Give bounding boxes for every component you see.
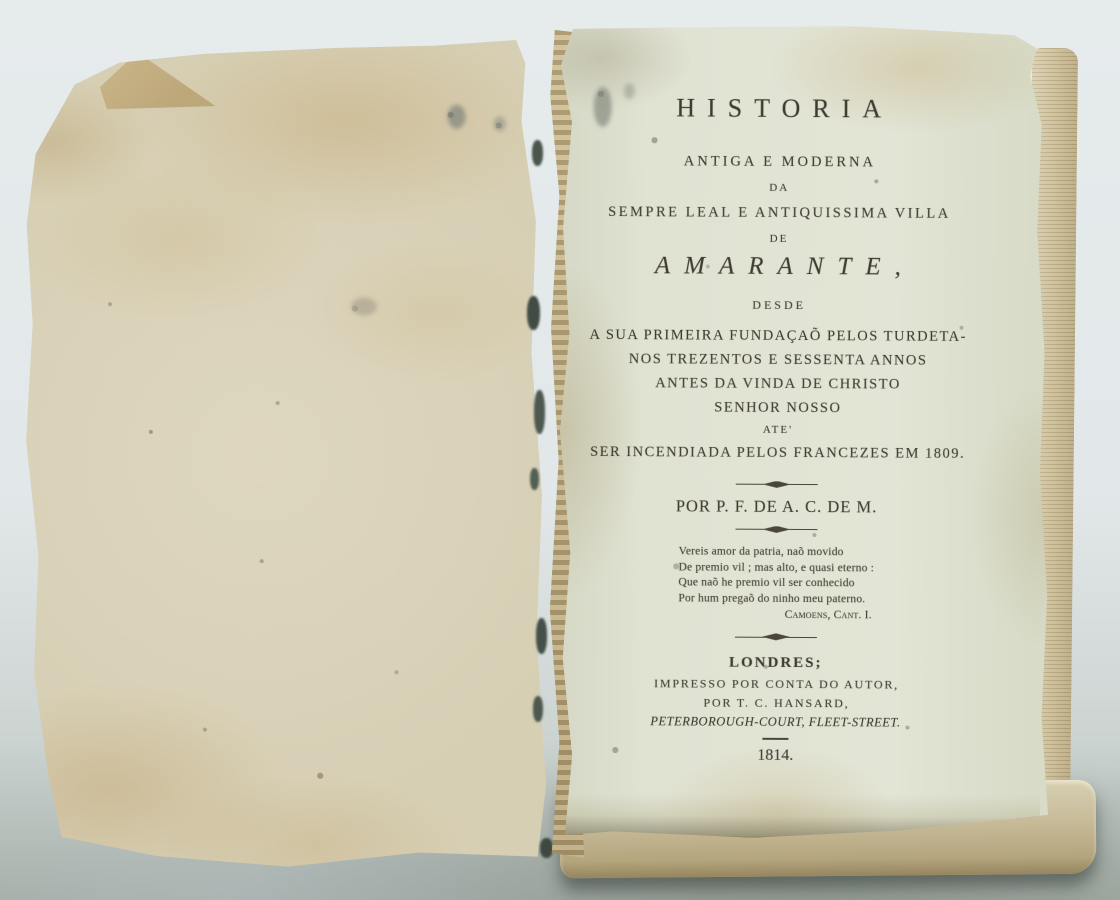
title-page: HISTORIA ANTIGA E MODERNA DA SEMPRE LEAL… — [554, 25, 1054, 840]
binding-remnant — [534, 390, 545, 434]
binding-remnant — [540, 838, 553, 858]
spindle-rule-ornament — [735, 526, 817, 533]
body-line: NOS TREZENTOS E SESSENTA ANNOS — [556, 351, 998, 370]
printed-text-block: HISTORIA ANTIGA E MODERNA DA SEMPRE LEAL… — [554, 25, 1000, 766]
binding-remnant — [536, 618, 547, 654]
foxing-specks — [19, 42, 21, 44]
subtitle-line: SEMPRE LEAL E ANTIQUISSIMA VILLA — [557, 204, 999, 223]
left-blank-page — [19, 38, 551, 872]
author-line: POR P. F. DE A. C. DE M. — [556, 496, 998, 518]
folded-corner — [97, 50, 215, 109]
imprint-line: POR T. C. HANSARD, — [555, 694, 997, 711]
epigraph-verse: Vereis amor da patria, naõ movido De pre… — [678, 544, 874, 624]
foxing-specks — [558, 25, 560, 27]
imprint-line: IMPRESSO POR CONTA DO AUTOR, — [555, 675, 997, 692]
desde-line: DESDE — [557, 297, 999, 314]
body-line: SENHOR NOSSO — [556, 399, 998, 418]
book-title: HISTORIA — [558, 93, 1000, 125]
binding-remnant — [533, 696, 543, 722]
verse-line: De premio vil ; mas alto, e quasi eterno… — [678, 560, 874, 577]
spindle-rule-ornament — [736, 481, 818, 488]
place-name: AMARANTE, — [557, 252, 999, 282]
spindle-rule-ornament — [735, 633, 817, 640]
subtitle-line: DA — [557, 181, 999, 195]
graphite-smudge — [494, 116, 506, 131]
verse-attribution: Camoens, Cant. I. — [678, 607, 874, 624]
body-line: A SUA PRIMEIRA FUNDAÇAÕ PELOS TURDETA- — [556, 327, 998, 346]
binding-remnant — [530, 468, 539, 490]
imprint-city: LONDRES; — [555, 653, 997, 672]
verse-line: Vereis amor da patria, naõ movido — [679, 544, 875, 561]
subtitle-line: DE — [557, 232, 999, 246]
subtitle-line: ANTIGA E MODERNA — [557, 153, 999, 172]
graphite-smudge — [448, 105, 466, 129]
book-photograph: HISTORIA ANTIGA E MODERNA DA SEMPRE LEAL… — [0, 0, 1120, 900]
binding-remnant — [527, 296, 540, 330]
body-line: ANTES DA VINDA DE CHRISTO — [556, 375, 998, 394]
short-rule-ornament — [762, 737, 788, 739]
burning-line: SER INCENDIADA PELOS FRANCEZES EM 1809. — [556, 444, 998, 463]
imprint-year: 1814. — [554, 745, 996, 765]
verse-line: Por hum pregaõ do ninho meu paterno. — [678, 591, 874, 608]
verse-line: Que naõ he premio vil ser conhecido — [678, 575, 874, 592]
stain-smudge — [351, 297, 377, 315]
ate-line: ATE' — [556, 423, 998, 437]
imprint-line: PETERBOROUGH-COURT, FLEET-STREET. — [554, 713, 996, 730]
binding-remnant — [532, 140, 543, 166]
